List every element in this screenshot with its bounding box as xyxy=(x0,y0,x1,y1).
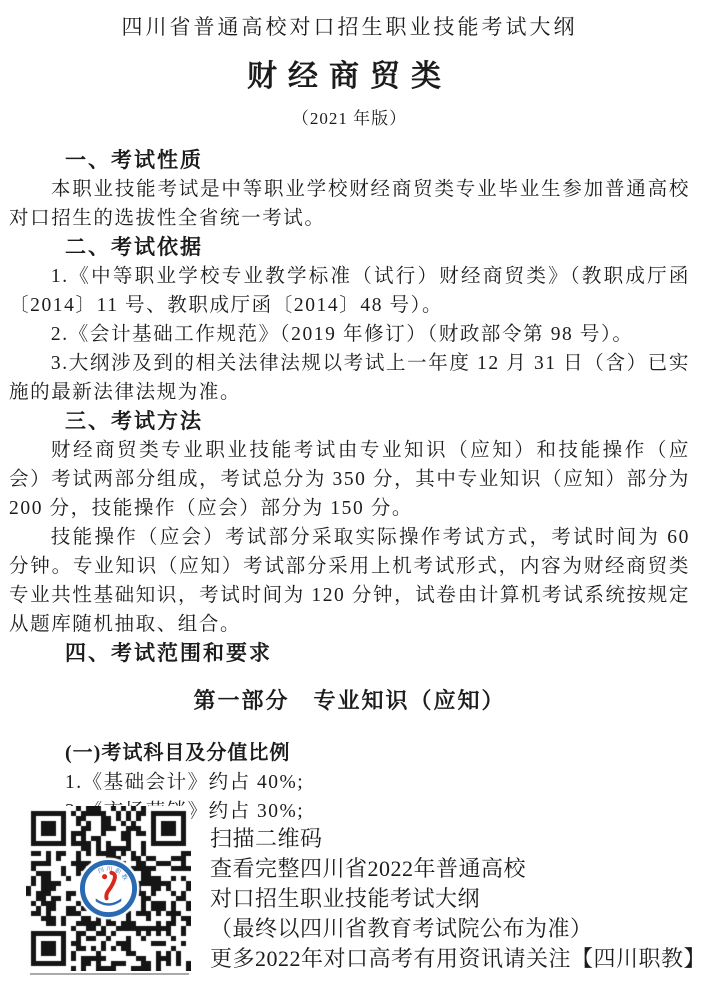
qr-code: 四川职教 xyxy=(26,806,191,971)
section-3-paragraph-1: 财经商贸类专业职业技能考试由专业知识（应知）和技能操作（应会）考试两部分组成，考… xyxy=(9,436,690,523)
section-1-heading: 一、考试性质 xyxy=(65,146,690,175)
section-2-item-2: 2.《会计基础工作规范》（2019 年修订）（财政部令第 98 号）。 xyxy=(9,320,690,349)
qr-caption-line-2: 查看完整四川省2022年普通高校 xyxy=(210,854,690,884)
qr-caption: 扫描二维码 查看完整四川省2022年普通高校 对口招生职业技能考试大纲 （最终以… xyxy=(210,824,690,974)
qr-caption-line-4: （最终以四川省教育考试院公布为准） xyxy=(210,914,690,944)
section-1-paragraph: 本职业技能考试是中等职业学校财经商贸类专业毕业生参加普通高校对口招生的选拔性全省… xyxy=(9,175,690,233)
section-4-heading: 四、考试范围和要求 xyxy=(65,639,690,668)
qr-caption-line-3: 对口招生职业技能考试大纲 xyxy=(210,884,690,914)
subsection-heading-subjects-ratio: (一)考试科目及分值比例 xyxy=(65,739,690,768)
footer-qr-block: 四川职教 扫描二维码 查看完整四川省2022年普通高校 对口招生职业技能考试大纲… xyxy=(26,806,690,978)
ratio-item-accounting: 1.《基础会计》约占 40%; xyxy=(65,768,690,797)
section-3-paragraph-2: 技能操作（应会）考试部分采取实际操作考试方式，考试时间为 60 分钟。专业知识（… xyxy=(9,523,690,639)
section-3-heading: 三、考试方法 xyxy=(65,407,690,436)
document-page: 四川省普通高校对口招生职业技能考试大纲 财经商贸类 （2021 年版） 一、考试… xyxy=(0,0,707,1000)
sichuan-vocational-education-logo-icon: 四川职教 xyxy=(79,859,138,918)
qr-center-logo: 四川职教 xyxy=(79,859,138,918)
logo-figure-dot xyxy=(102,874,107,879)
part-1-title: 第一部分 专业知识（应知） xyxy=(9,686,690,716)
doc-series-title: 四川省普通高校对口招生职业技能考试大纲 xyxy=(9,12,690,42)
edition-label: （2021 年版） xyxy=(9,106,690,132)
qr-caption-line-5: 更多2022年对口高考有用资讯请关注【四川职教】 xyxy=(210,944,690,974)
section-2-item-3: 3.大纲涉及到的相关法律法规以考试上一年度 12 月 31 日（含）已实施的最新… xyxy=(9,349,690,407)
document-content: 四川省普通高校对口招生职业技能考试大纲 财经商贸类 （2021 年版） 一、考试… xyxy=(0,0,707,826)
category-title: 财经商贸类 xyxy=(9,56,690,98)
qr-caption-line-1: 扫描二维码 xyxy=(210,824,690,854)
section-2-heading: 二、考试依据 xyxy=(65,233,690,262)
section-2-item-1: 1.《中等职业学校专业教学标准（试行）财经商贸类》（教职成厅函〔2014〕11 … xyxy=(9,262,690,320)
